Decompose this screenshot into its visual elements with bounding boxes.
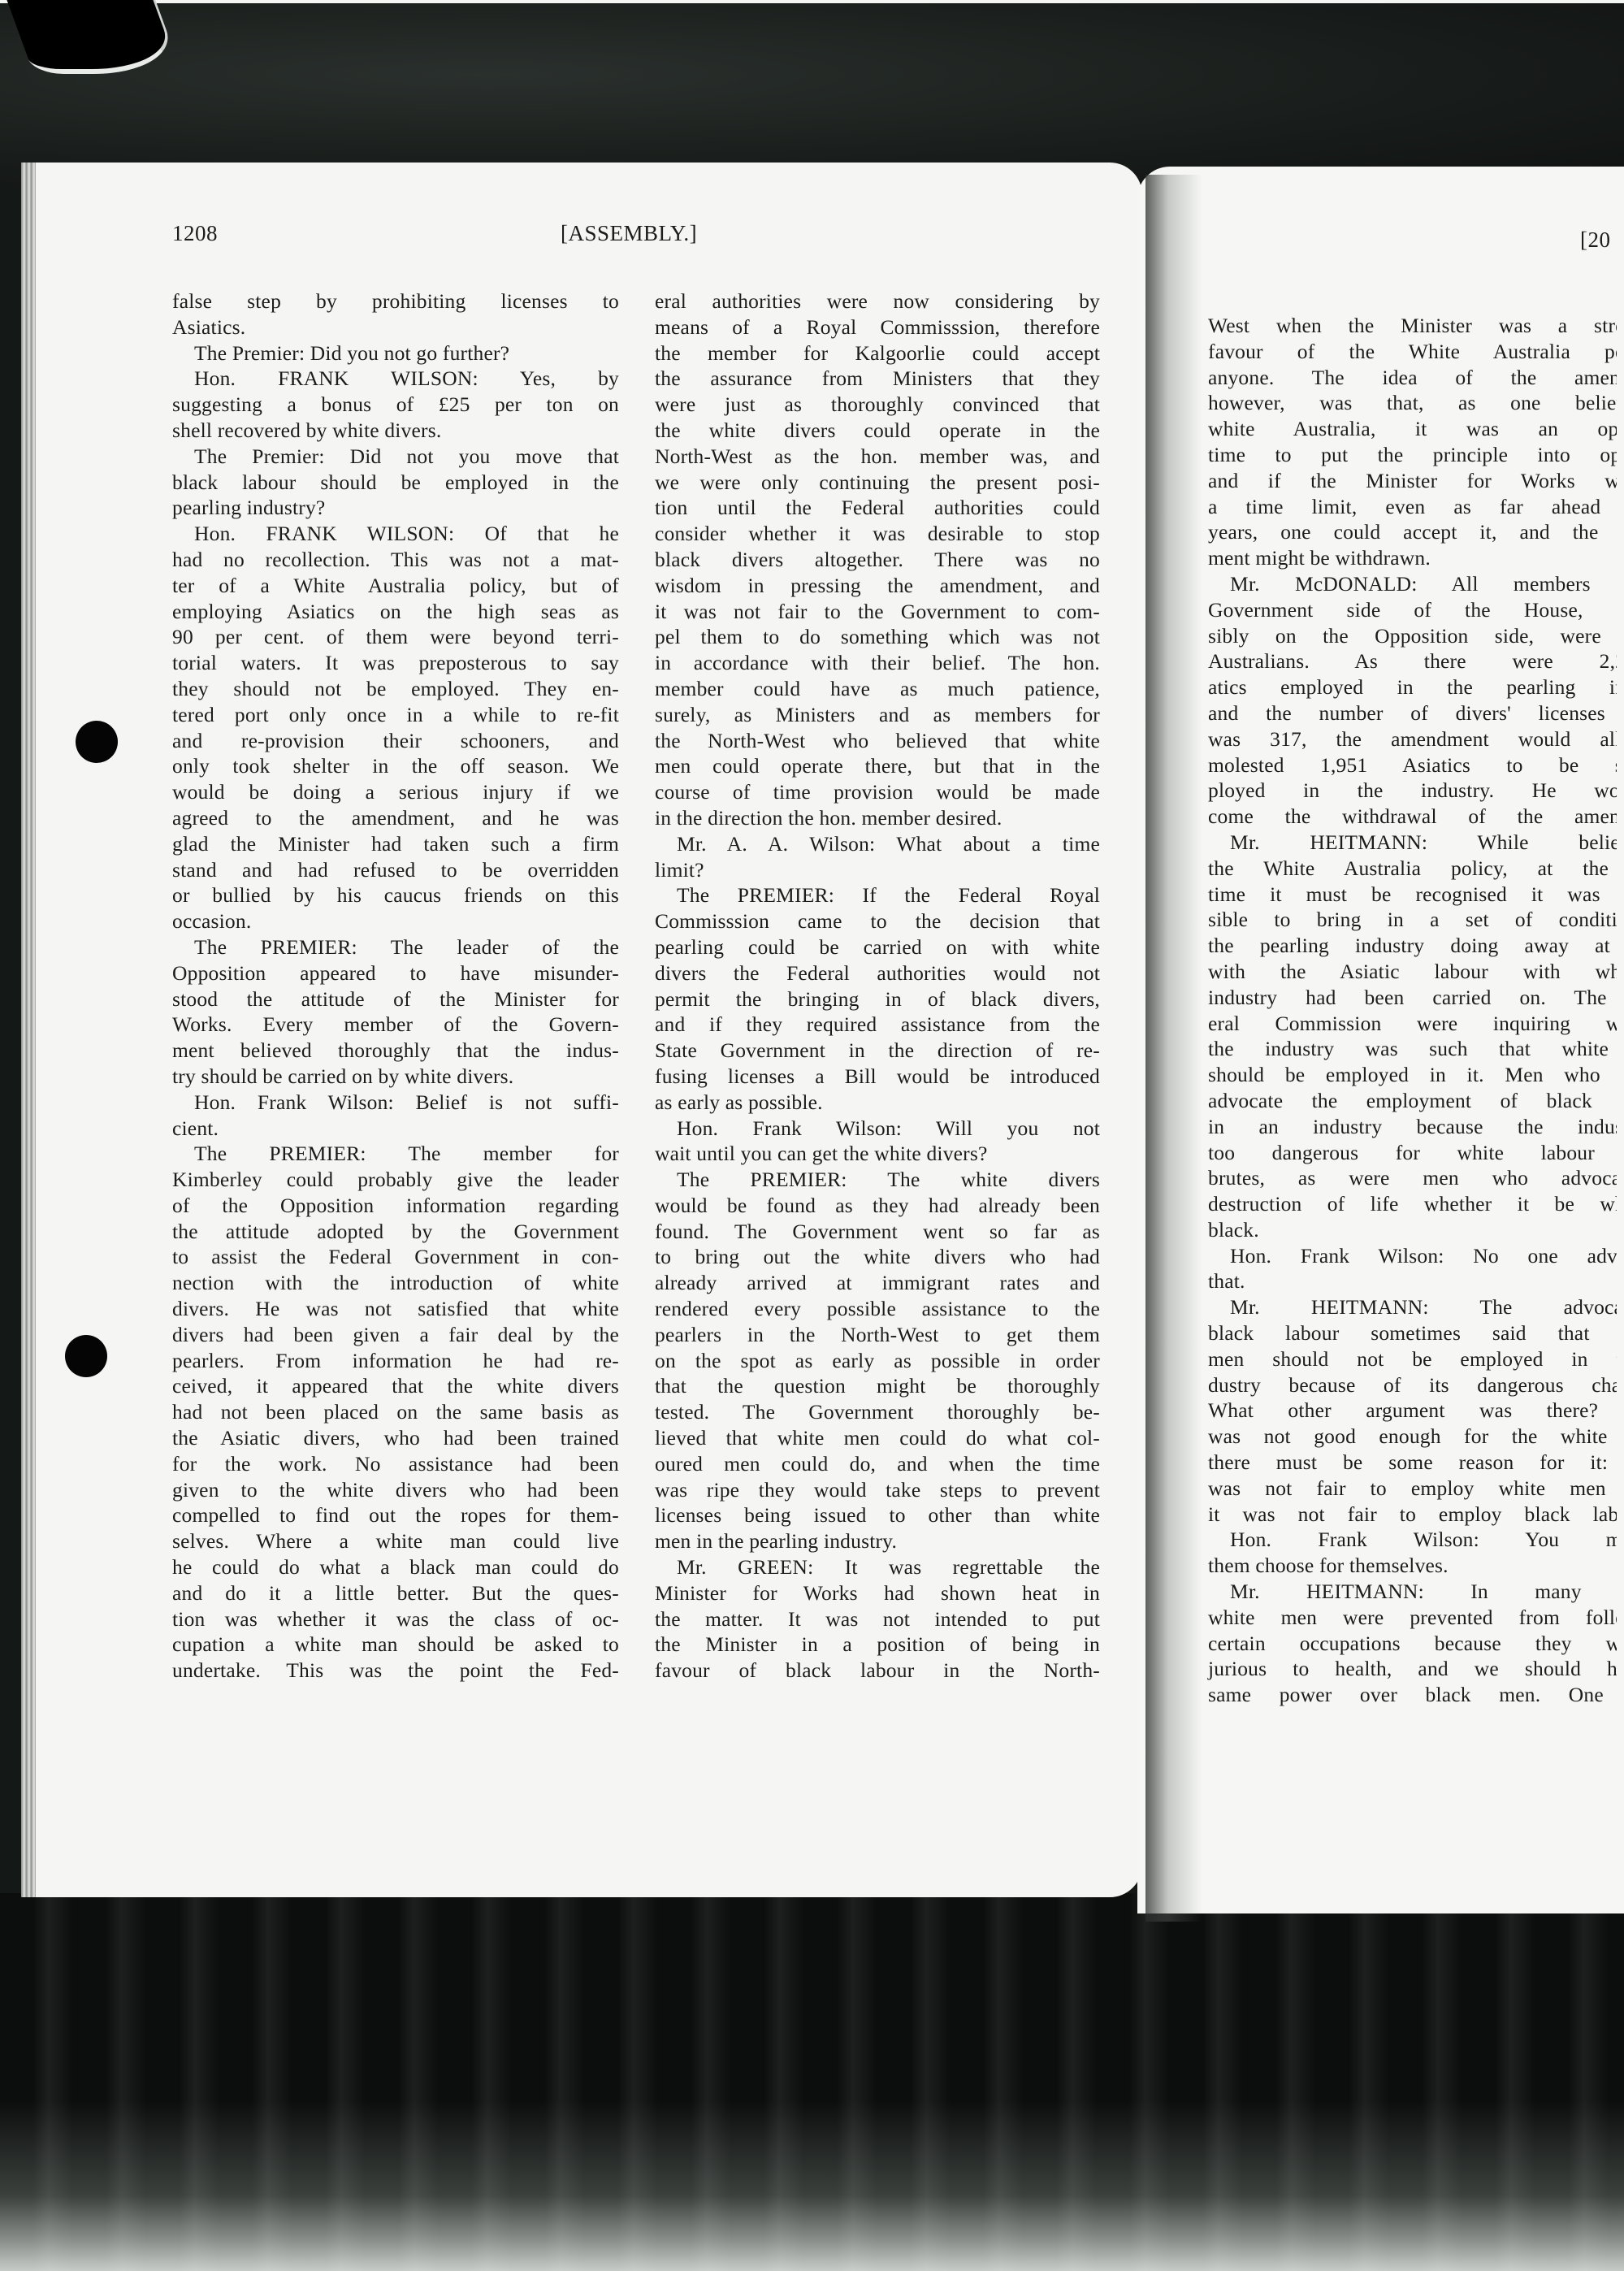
punch-hole-icon [65, 1335, 107, 1377]
running-head-right: [20 [1580, 228, 1611, 253]
text-line: found. The Government went so far as [655, 1219, 1100, 1245]
text-line: consider whether it was desirable to sto… [655, 521, 1100, 547]
text-line: would be found as they had already been [655, 1193, 1100, 1219]
right-page-content: [20 West when the Minister was a strongf… [1137, 163, 1617, 1909]
text-line: undertake. This was the point the Fed- [172, 1658, 619, 1684]
text-line: black divers altogether. There was no [655, 547, 1100, 573]
text-line: the matter. It was not intended to put [655, 1606, 1100, 1632]
text-line: time it must be recognised it was im [1208, 882, 1617, 908]
text-line: and if the Minister for Works woul [1208, 468, 1617, 494]
text-line: and re-provision their schooners, and [172, 728, 619, 754]
text-line: and the number of divers' licenses is [1208, 700, 1617, 726]
text-line: he could do what a black man could do [172, 1554, 619, 1580]
text-line: compelled to find out the ropes for them… [172, 1502, 619, 1528]
text-line: that. [1208, 1268, 1617, 1294]
running-head: [ASSEMBLY.] [561, 221, 697, 246]
text-line: Mr. HEITMANN: While believin [1208, 830, 1617, 856]
text-line: sibly on the Opposition side, were W [1208, 623, 1617, 649]
text-line: tion until the Federal authorities could [655, 495, 1100, 521]
text-line: atics employed in the pearling indu [1208, 674, 1617, 700]
text-line: suggesting a bonus of £25 per ton on [172, 392, 619, 418]
text-line: nection with the introduction of white [172, 1270, 619, 1296]
text-line: Hon. Frank Wilson: No one advoca [1208, 1243, 1617, 1269]
text-line: the Minister in a position of being in [655, 1632, 1100, 1658]
text-line: favour of black labour in the North- [655, 1658, 1100, 1684]
text-line: permit the bringing in of black divers, [655, 986, 1100, 1012]
text-line: for the work. No assistance had been [172, 1451, 619, 1477]
text-line: the pearling industry doing away at o [1208, 933, 1617, 959]
text-line: with the Asiatic labour with which [1208, 959, 1617, 985]
text-line: jurious to health, and we should have [1208, 1656, 1617, 1682]
text-line: men in the pearling industry. [655, 1528, 1100, 1554]
text-line: Government side of the House, and [1208, 597, 1617, 623]
punch-hole-icon [76, 721, 118, 763]
text-line: Australians. As there were 2,268 [1208, 648, 1617, 674]
text-line: Mr. GREEN: It was regrettable the [655, 1554, 1100, 1580]
text-line: ter of a White Australia policy, but of [172, 573, 619, 599]
text-column-middle: eral authorities were now considering by… [655, 288, 1100, 1684]
text-column-left: false step by prohibiting licenses toAsi… [172, 288, 619, 1684]
text-line: pearling could be carried on with white [655, 934, 1100, 960]
text-line: occasion. [172, 908, 619, 934]
text-line: come the withdrawal of the amendm [1208, 804, 1617, 830]
text-line: torial waters. It was preposterous to sa… [172, 650, 619, 676]
text-line: Mr. HEITMANN: In many ca [1208, 1579, 1617, 1605]
text-line: industry had been carried on. The F [1208, 985, 1617, 1011]
text-line: Mr. McDONALD: All members on [1208, 571, 1617, 597]
text-line: oured men could do, and when the time [655, 1451, 1100, 1477]
text-line: tered port only once in a while to re-fi… [172, 702, 619, 728]
text-line: North-West as the hon. member was, and [655, 444, 1100, 470]
text-line: pearlers. From information he had re- [172, 1348, 619, 1374]
text-line: stand and had refused to be overridden [172, 857, 619, 883]
text-line: divers had been given a fair deal by the [172, 1322, 619, 1348]
text-line: time to put the principle into opera [1208, 442, 1617, 468]
text-line: in the direction the hon. member desired… [655, 805, 1100, 831]
text-line: the attitude adopted by the Government [172, 1219, 619, 1245]
text-line: the White Australia policy, at the s [1208, 856, 1617, 882]
text-line: limit? [655, 857, 1100, 883]
text-line: black. [1208, 1217, 1617, 1243]
text-line: were just as thoroughly convinced that [655, 392, 1100, 418]
page-stack-edge [21, 163, 36, 1897]
text-line: destruction of life whether it be white [1208, 1191, 1617, 1217]
text-line: cupation a white man should be asked to [172, 1632, 619, 1658]
text-line: men could operate there, but that in the [655, 753, 1100, 779]
text-line: The PREMIER: If the Federal Royal [655, 882, 1100, 908]
text-line: in an industry because the industry [1208, 1114, 1617, 1140]
text-line: of the Opposition information regarding [172, 1193, 619, 1219]
text-line: try should be carried on by white divers… [172, 1064, 619, 1090]
text-line: Minister for Works had shown heat in [655, 1580, 1100, 1606]
text-line: to assist the Federal Government in con- [172, 1244, 619, 1270]
text-line: licenses being issued to other than whit… [655, 1502, 1100, 1528]
text-line: or bullied by his caucus friends on this [172, 882, 619, 908]
text-line: should be employed in it. Men who wo [1208, 1062, 1617, 1088]
text-line: they should not be employed. They en- [172, 676, 619, 702]
text-line: ceived, it appeared that the white diver… [172, 1373, 619, 1399]
text-line: Hon. Frank Wilson: You must [1208, 1527, 1617, 1553]
text-line: The PREMIER: The member for [172, 1141, 619, 1167]
text-line: ployed in the industry. He would [1208, 778, 1617, 804]
text-line: as early as possible. [655, 1090, 1100, 1116]
text-line: brutes, as were men who advocated [1208, 1165, 1617, 1191]
text-line: lieved that white men could do what col- [655, 1425, 1100, 1451]
text-line: to bring out the white divers who had [655, 1244, 1100, 1270]
text-line: there must be some reason for it: if [1208, 1450, 1617, 1476]
text-line: means of a Royal Commisssion, therefore [655, 314, 1100, 340]
text-line: cient. [172, 1116, 619, 1142]
text-line: selves. Where a white man could live [172, 1528, 619, 1554]
text-line: The Premier: Did not you move that [172, 444, 619, 470]
text-line: surely, as Ministers and as members for [655, 702, 1100, 728]
text-line: would be doing a serious injury if we [172, 779, 619, 805]
text-line: Mr. A. A. Wilson: What about a time [655, 831, 1100, 857]
text-line: white men were prevented from followi [1208, 1605, 1617, 1631]
scan-background-bottom [0, 1893, 1624, 2271]
text-line: Hon. Frank Wilson: Belief is not suffi- [172, 1090, 619, 1116]
text-line: The Premier: Did you not go further? [172, 340, 619, 366]
text-column-right: West when the Minister was a strongfavou… [1208, 313, 1617, 1708]
text-line: was not fair to employ white men in [1208, 1476, 1617, 1502]
text-line: anyone. The idea of the amendm [1208, 365, 1617, 391]
text-line: black labour sometimes said that wh [1208, 1320, 1617, 1346]
text-line: agreed to the amendment, and he was [172, 805, 619, 831]
text-line: 90 per cent. of them were beyond terri- [172, 624, 619, 650]
text-line: stood the attitude of the Minister for [172, 986, 619, 1012]
text-line: Hon. FRANK WILSON: Of that he [172, 521, 619, 547]
text-line: false step by prohibiting licenses to [172, 288, 619, 314]
text-line: member could have as much patience, [655, 676, 1100, 702]
text-line: it was not fair to employ black labour [1208, 1502, 1617, 1528]
text-line: Hon. Frank Wilson: Will you not [655, 1116, 1100, 1142]
text-line: glad the Minister had taken such a firm [172, 831, 619, 857]
text-line: pel them to do something which was not [655, 624, 1100, 650]
text-line: ment believed thoroughly that the indus- [172, 1038, 619, 1064]
text-line: was not good enough for the white m [1208, 1424, 1617, 1450]
text-line: tion was whether it was the class of oc- [172, 1606, 619, 1632]
text-line: given to the white divers who had been [172, 1477, 619, 1503]
text-line: too dangerous for white labour w [1208, 1140, 1617, 1166]
text-line: Kimberley could probably give the leader [172, 1167, 619, 1193]
text-line: had no recollection. This was not a mat- [172, 547, 619, 573]
text-line: divers. He was not satisfied that white [172, 1296, 619, 1322]
text-line: the assurance from Ministers that they [655, 366, 1100, 392]
text-line: shell recovered by white divers. [172, 418, 619, 444]
text-line: only took shelter in the off season. We [172, 753, 619, 779]
text-line: certain occupations because they were [1208, 1631, 1617, 1657]
text-line: that the question might be thoroughly [655, 1373, 1100, 1399]
text-line: Commisssion came to the decision that [655, 908, 1100, 934]
text-line: wait until you can get the white divers? [655, 1141, 1100, 1167]
text-line: course of time provision would be made [655, 779, 1100, 805]
text-line: same power over black men. One w [1208, 1682, 1617, 1708]
text-line: sible to bring in a set of conditions [1208, 907, 1617, 933]
text-line: in accordance with their belief. The hon… [655, 650, 1100, 676]
text-line: The PREMIER: The white divers [655, 1167, 1100, 1193]
text-line: dustry because of its dangerous charac [1208, 1372, 1617, 1398]
text-line: West when the Minister was a strong [1208, 313, 1617, 339]
text-line: men should not be employed in this [1208, 1346, 1617, 1372]
text-line: was 317, the amendment would allow [1208, 726, 1617, 752]
text-line: The PREMIER: The leader of the [172, 934, 619, 960]
text-line: them choose for themselves. [1208, 1553, 1617, 1579]
text-line: already arrived at immigrant rates and [655, 1270, 1100, 1296]
text-line: eral Commission were inquiring whet [1208, 1011, 1617, 1037]
text-line: the member for Kalgoorlie could accept [655, 340, 1100, 366]
text-line: State Government in the direction of re- [655, 1038, 1100, 1064]
text-line: advocate the employment of black lab [1208, 1088, 1617, 1114]
text-line: molested 1,951 Asiatics to be still [1208, 752, 1617, 778]
text-line: and do it a little better. But the ques- [172, 1580, 619, 1606]
text-line: ment might be withdrawn. [1208, 545, 1617, 571]
text-line: and if they required assistance from the [655, 1012, 1100, 1038]
text-line: we were only continuing the present posi… [655, 470, 1100, 496]
text-line: Hon. FRANK WILSON: Yes, by [172, 366, 619, 392]
text-line: was ripe they would take steps to preven… [655, 1477, 1100, 1503]
text-line: it was not fair to the Government to com… [655, 599, 1100, 625]
text-line: the Asiatic divers, who had been trained [172, 1425, 619, 1451]
text-line: employing Asiatics on the high seas as [172, 599, 619, 625]
text-line: Asiatics. [172, 314, 619, 340]
text-line: favour of the White Australia polic [1208, 339, 1617, 365]
text-line: rendered every possible assistance to th… [655, 1296, 1100, 1322]
text-line: a time limit, even as far ahead as [1208, 494, 1617, 520]
text-line: What other argument was there? If [1208, 1398, 1617, 1424]
text-line: however, was that, as one believed [1208, 390, 1617, 416]
scan-edge [0, 0, 1624, 3]
text-line: the industry was such that white r [1208, 1036, 1617, 1062]
text-line: pearlers in the North-West to get them [655, 1322, 1100, 1348]
text-line: black labour should be employed in the [172, 470, 619, 496]
scan-background-top [0, 0, 1624, 187]
text-line: fusing licenses a Bill would be introduc… [655, 1064, 1100, 1090]
text-line: had not been placed on the same basis as [172, 1399, 619, 1425]
text-line: divers the Federal authorities would not [655, 960, 1100, 986]
text-line: the North-West who believed that white [655, 728, 1100, 754]
text-line: white Australia, it was an oppor [1208, 416, 1617, 442]
page-number: 1208 [172, 221, 218, 246]
text-line: eral authorities were now considering by [655, 288, 1100, 314]
text-line: tested. The Government thoroughly be- [655, 1399, 1100, 1425]
text-line: the white divers could operate in the [655, 418, 1100, 444]
text-line: on the spot as early as possible in orde… [655, 1348, 1100, 1374]
text-line: wisdom in pressing the amendment, and [655, 573, 1100, 599]
text-line: years, one could accept it, and the am [1208, 519, 1617, 545]
text-line: Opposition appeared to have misunder- [172, 960, 619, 986]
text-line: Mr. HEITMANN: The advocates [1208, 1294, 1617, 1320]
text-line: Works. Every member of the Govern- [172, 1012, 619, 1038]
text-line: pearling industry? [172, 495, 619, 521]
